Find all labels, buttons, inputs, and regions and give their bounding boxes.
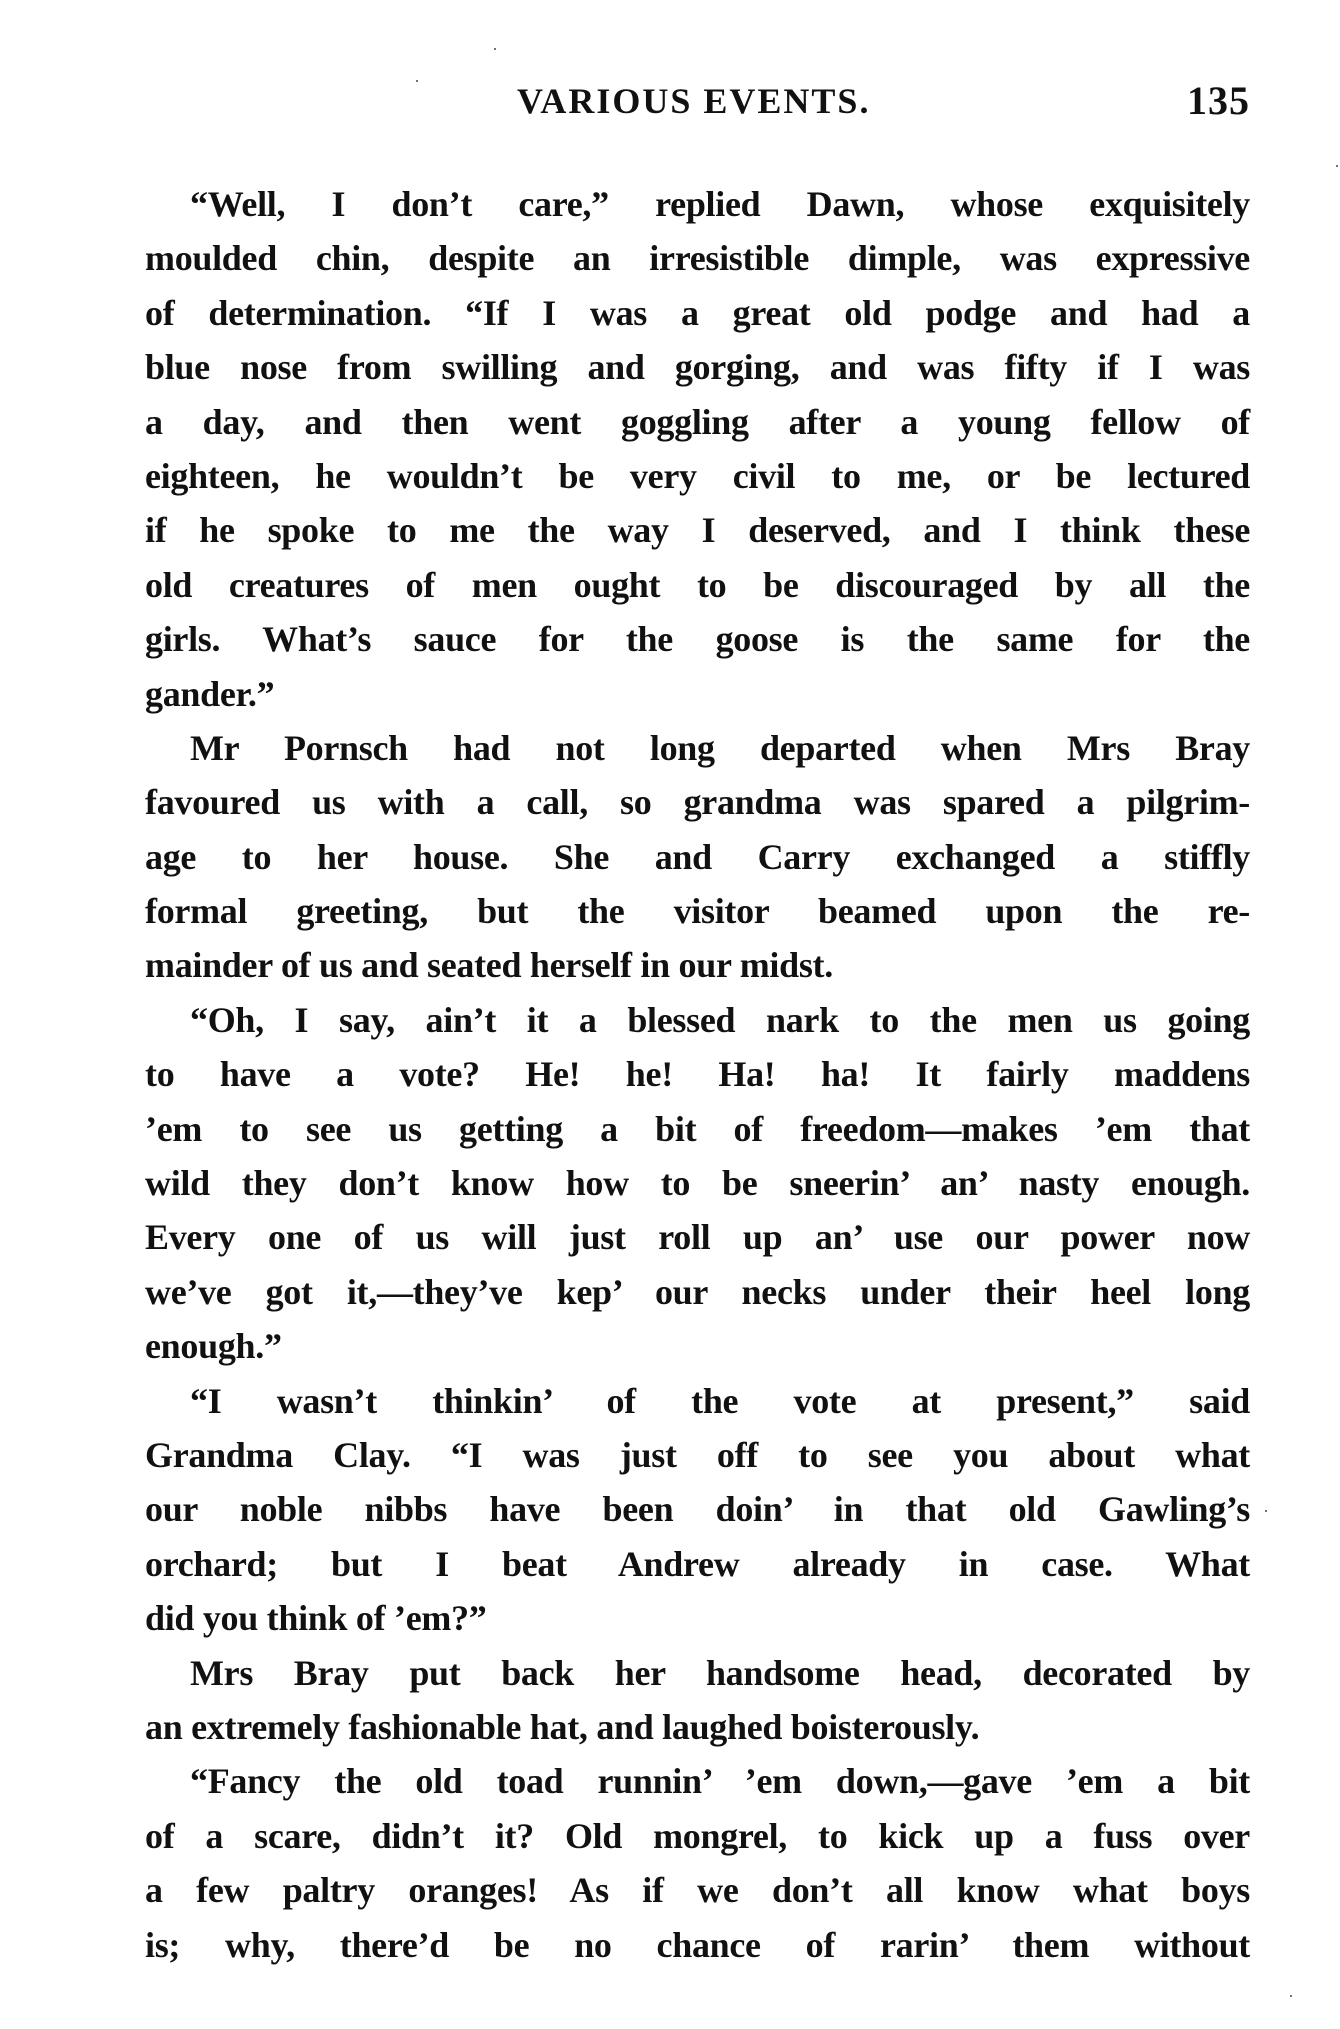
text-line: of determination. “If I was a great old … (145, 286, 1250, 340)
text-line: “Fancy the old toad runnin’ ’em down,—ga… (145, 1754, 1250, 1808)
running-title: VARIOUS EVENTS. (517, 78, 870, 124)
text-line: old creatures of men ought to be discour… (145, 558, 1250, 612)
page-number: 135 (1187, 78, 1250, 124)
scan-speck (1290, 1995, 1292, 1997)
body-text: “Well, I don’t care,” replied Dawn, whos… (145, 177, 1250, 1972)
scan-speck (1336, 165, 1338, 167)
book-page: VARIOUS EVENTS. 135 “Well, I don’t care,… (0, 0, 1340, 2029)
text-line: orchard; but I beat Andrew already in ca… (145, 1537, 1250, 1591)
running-head: VARIOUS EVENTS. 135 (145, 78, 1250, 124)
text-line: moulded chin, despite an irresistible di… (145, 231, 1250, 285)
text-line: of a scare, didn’t it? Old mongrel, to k… (145, 1809, 1250, 1863)
text-line: Mr Pornsch had not long departed when Mr… (145, 721, 1250, 775)
text-line: eighteen, he wouldn’t be very civil to m… (145, 449, 1250, 503)
text-line: “Oh, I say, ain’t it a blessed nark to t… (145, 993, 1250, 1047)
text-line: Grandma Clay. “I was just off to see you… (145, 1428, 1250, 1482)
paragraph: “Fancy the old toad runnin’ ’em down,—ga… (145, 1754, 1250, 1972)
paragraph: Mrs Bray put back her handsome head, dec… (145, 1646, 1250, 1755)
text-line: gander.” (145, 667, 1250, 721)
scan-speck (1265, 1510, 1267, 1512)
text-line: age to her house. She and Carry exchange… (145, 830, 1250, 884)
paragraph: “I wasn’t thinkin’ of the vote at presen… (145, 1374, 1250, 1646)
text-line: Every one of us will just roll up an’ us… (145, 1210, 1250, 1264)
paragraph: “Oh, I say, ain’t it a blessed nark to t… (145, 993, 1250, 1374)
text-line: “I wasn’t thinkin’ of the vote at presen… (145, 1374, 1250, 1428)
text-line: a day, and then went goggling after a yo… (145, 395, 1250, 449)
text-line: Mrs Bray put back her handsome head, dec… (145, 1646, 1250, 1700)
text-line: we’ve got it,—they’ve kep’ our necks und… (145, 1265, 1250, 1319)
text-line: did you think of ’em?” (145, 1591, 1250, 1645)
text-line: an extremely fashionable hat, and laughe… (145, 1700, 1250, 1754)
scan-speck (416, 80, 418, 82)
text-line: to have a vote? He! he! Ha! ha! It fairl… (145, 1047, 1250, 1101)
text-line: our noble nibbs have been doin’ in that … (145, 1482, 1250, 1536)
text-line: wild they don’t know how to be sneerin’ … (145, 1156, 1250, 1210)
text-line: is; why, there’d be no chance of rarin’ … (145, 1918, 1250, 1972)
text-line: formal greeting, but the visitor beamed … (145, 884, 1250, 938)
paragraph: Mr Pornsch had not long departed when Mr… (145, 721, 1250, 993)
paragraph: “Well, I don’t care,” replied Dawn, whos… (145, 177, 1250, 721)
text-line: blue nose from swilling and gorging, and… (145, 340, 1250, 394)
text-line: girls. What’s sauce for the goose is the… (145, 612, 1250, 666)
text-line: “Well, I don’t care,” replied Dawn, whos… (145, 177, 1250, 231)
text-line: mainder of us and seated herself in our … (145, 938, 1250, 992)
text-line: if he spoke to me the way I deserved, an… (145, 503, 1250, 557)
text-line: ’em to see us getting a bit of freedom—m… (145, 1102, 1250, 1156)
scan-speck (494, 48, 496, 50)
text-line: favoured us with a call, so grandma was … (145, 775, 1250, 829)
text-line: enough.” (145, 1319, 1250, 1373)
text-line: a few paltry oranges! As if we don’t all… (145, 1863, 1250, 1917)
